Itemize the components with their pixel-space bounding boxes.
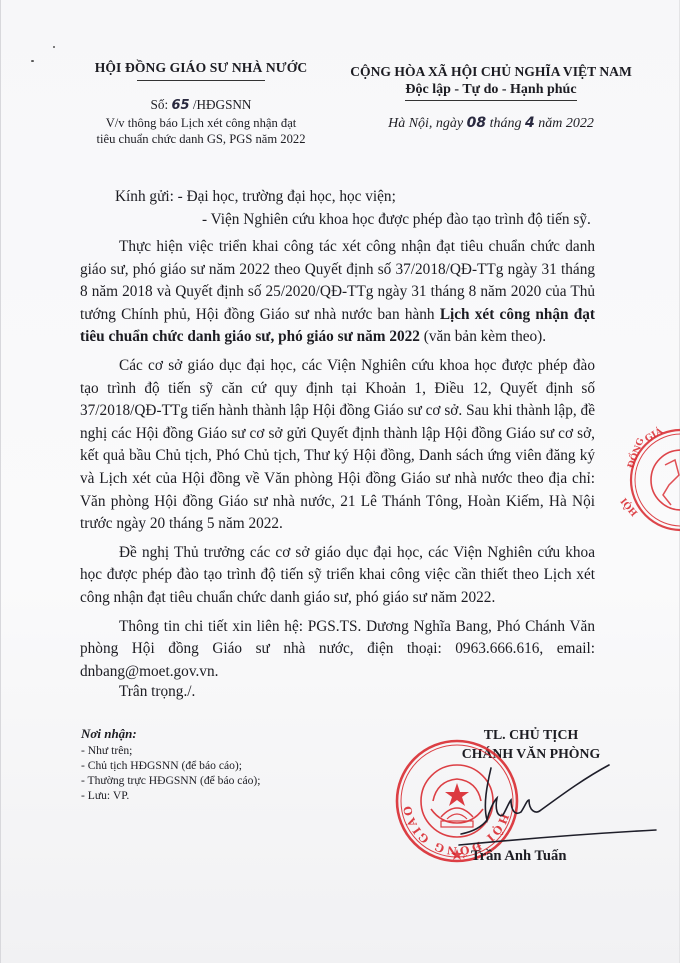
signer-name: Trần Anh Tuấn bbox=[471, 848, 566, 865]
letter-body: Thực hiện việc triển khai công tác xét c… bbox=[80, 236, 595, 689]
distribution-title: Nơi nhận: bbox=[81, 726, 260, 741]
paragraph-3: Đề nghị Thủ trưởng các cơ sở giáo dục đạ… bbox=[80, 542, 595, 610]
svg-text:ĐỒNG: ĐỒNG bbox=[624, 436, 647, 470]
national-header: CỘNG HÒA XÃ HỘI CHỦ NGHĨA VIỆT NAM Độc l… bbox=[341, 64, 641, 132]
doc-number-suffix: /HĐGSNN bbox=[193, 97, 252, 112]
distribution-item: - Như trên; bbox=[81, 743, 260, 758]
date-day: 08 bbox=[467, 115, 486, 131]
subject-line-1: V/v thông báo Lịch xét công nhận đạt bbox=[61, 115, 341, 131]
subject-line: V/v thông báo Lịch xét công nhận đạt tiê… bbox=[61, 115, 341, 147]
paragraph-4: Thông tin chi tiết xin liên hệ: PGS.TS. … bbox=[80, 616, 595, 684]
distribution-list: Nơi nhận: - Như trên; - Chủ tịch HĐGSNN … bbox=[81, 726, 260, 803]
contact-email: dnbang@moet.gov.vn bbox=[80, 663, 215, 680]
addressees: Kính gửi: - Đại học, trường đại học, học… bbox=[115, 186, 591, 231]
header-underline bbox=[137, 80, 265, 81]
document-page: HỘI ĐỒNG GIÁO SƯ NHÀ NƯỚC Số: 65 /HĐGSNN… bbox=[0, 0, 680, 963]
scan-speck bbox=[31, 60, 34, 62]
nation-title: CỘNG HÒA XÃ HỘI CHỦ NGHĨA VIỆT NAM bbox=[341, 64, 641, 80]
p4-mid: , email: bbox=[539, 640, 595, 657]
distribution-item: - Thường trực HĐGSNN (để báo cáo); bbox=[81, 773, 260, 788]
document-number: Số: 65 /HĐGSNN bbox=[61, 97, 341, 113]
subject-line-2: tiêu chuẩn chức danh GS, PGS năm 2022 bbox=[61, 131, 341, 147]
p1-end: (văn bản kèm theo). bbox=[420, 328, 546, 345]
date-prefix: Hà Nội, ngày bbox=[388, 116, 463, 131]
paragraph-1: Thực hiện việc triển khai công tác xét c… bbox=[80, 236, 595, 349]
scan-speck bbox=[53, 46, 55, 48]
national-motto: Độc lập - Tự do - Hạnh phúc bbox=[405, 82, 576, 101]
partial-seal-stamp: GIÁ ĐỒNG HỘI bbox=[619, 425, 680, 535]
date-month-label: tháng bbox=[490, 116, 522, 131]
addressee-line-1: Kính gửi: - Đại học, trường đại học, học… bbox=[115, 186, 591, 209]
svg-text:HỘI: HỘI bbox=[619, 495, 640, 518]
handwritten-signature bbox=[431, 760, 661, 855]
date-year: năm 2022 bbox=[538, 116, 594, 131]
addressee-line-2: - Viện Nghiên cứu khoa học được phép đào… bbox=[115, 209, 591, 232]
distribution-item: - Lưu: VP. bbox=[81, 788, 260, 803]
doc-number-label: Số: bbox=[151, 97, 169, 112]
p4-end: . bbox=[215, 663, 219, 680]
closing-line: Trân trọng./. bbox=[119, 683, 195, 701]
date-month: 4 bbox=[525, 115, 535, 131]
doc-number-handwritten: 65 bbox=[171, 98, 189, 113]
paragraph-2: Các cơ sở giáo dục đại học, các Viện Ngh… bbox=[80, 355, 595, 536]
issuer-block: HỘI ĐỒNG GIÁO SƯ NHÀ NƯỚC Số: 65 /HĐGSNN… bbox=[61, 60, 341, 147]
organization-name: HỘI ĐỒNG GIÁO SƯ NHÀ NƯỚC bbox=[61, 60, 341, 76]
date-line: Hà Nội, ngày 08 tháng 4 năm 2022 bbox=[341, 115, 641, 132]
contact-phone: 0963.666.616 bbox=[455, 640, 539, 657]
distribution-item: - Chủ tịch HĐGSNN (để báo cáo); bbox=[81, 758, 260, 773]
